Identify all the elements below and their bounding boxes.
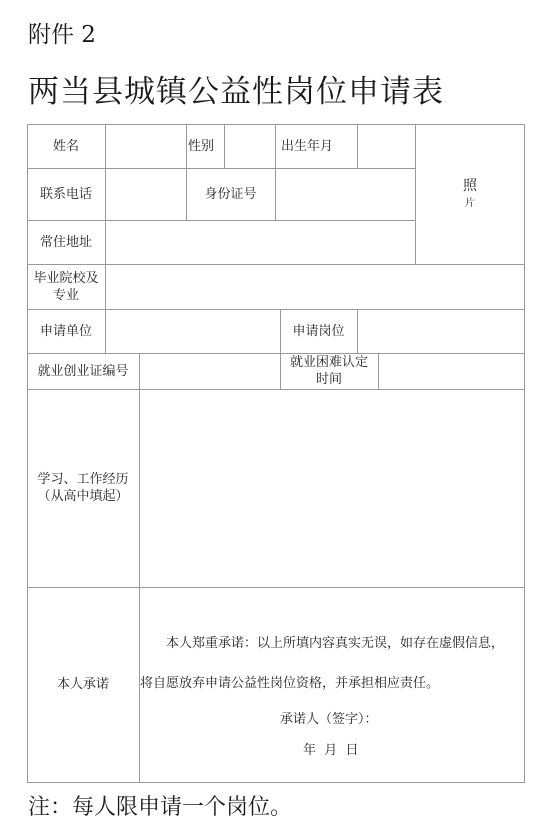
school-major-label-line1: 毕业院校及	[33, 270, 98, 287]
phone-field[interactable]	[106, 169, 186, 220]
birth-label: 出生年月	[275, 124, 357, 168]
hardship-date-label-line1: 就业困难认定	[290, 354, 368, 371]
apply-post-field[interactable]	[358, 310, 524, 353]
attachment-label: 附件 2	[28, 16, 96, 49]
pledge-date-label: 年 月 日	[303, 739, 359, 758]
table-border-bottom	[27, 782, 524, 783]
page-title: 两当县城镇公益性岗位申请表	[28, 66, 444, 111]
name-field[interactable]	[106, 125, 186, 168]
phone-label: 联系电话	[27, 168, 105, 220]
experience-label-line2: （从高中填起）	[37, 488, 128, 505]
pledge-content: 本人郑重承诺：以上所填内容真实无误，如存在虚假信息， 将自愿放弃申请公益性岗位资…	[140, 588, 524, 782]
employment-cert-label: 就业创业证编号	[27, 353, 139, 389]
apply-unit-label: 申请单位	[27, 309, 105, 353]
photo-box[interactable]: 照 片	[416, 125, 524, 264]
address-label: 常住地址	[27, 220, 105, 264]
photo-label-char1: 照	[463, 178, 477, 195]
pledge-text-line2: 将自愿放弃申请公益性岗位资格，并承担相应责任。	[140, 672, 439, 691]
experience-label-line1: 学习、工作经历	[37, 471, 128, 488]
experience-field[interactable]	[140, 390, 524, 587]
hardship-date-field[interactable]	[379, 354, 524, 389]
hardship-date-label: 就业困难认定 时间	[280, 353, 378, 389]
address-field[interactable]	[106, 221, 415, 264]
apply-unit-field[interactable]	[106, 310, 280, 353]
experience-label: 学习、工作经历 （从高中填起）	[27, 389, 139, 587]
apply-post-label: 申请岗位	[280, 309, 357, 353]
gender-label: 性别	[186, 124, 224, 168]
gender-field[interactable]	[225, 125, 275, 168]
school-major-label: 毕业院校及 专业	[27, 264, 105, 309]
hardship-date-label-line2: 时间	[316, 371, 342, 388]
school-major-label-line2: 专业	[53, 287, 79, 304]
birth-field[interactable]	[358, 125, 415, 168]
pledge-label: 本人承诺	[27, 587, 139, 782]
table-border-right	[524, 124, 525, 783]
name-label: 姓名	[27, 124, 105, 168]
footnote: 注：每人限申请一个岗位。	[28, 790, 292, 821]
employment-cert-field[interactable]	[140, 354, 280, 389]
id-number-field[interactable]	[276, 169, 415, 220]
school-major-field[interactable]	[106, 265, 524, 309]
pledge-text-line1: 本人郑重承诺：以上所填内容真实无误，如存在虚假信息，	[166, 632, 504, 651]
photo-label-char2: 片	[465, 195, 475, 212]
pledge-signer-label: 承诺人（签字）：	[280, 708, 378, 727]
id-number-label: 身份证号	[186, 168, 275, 220]
